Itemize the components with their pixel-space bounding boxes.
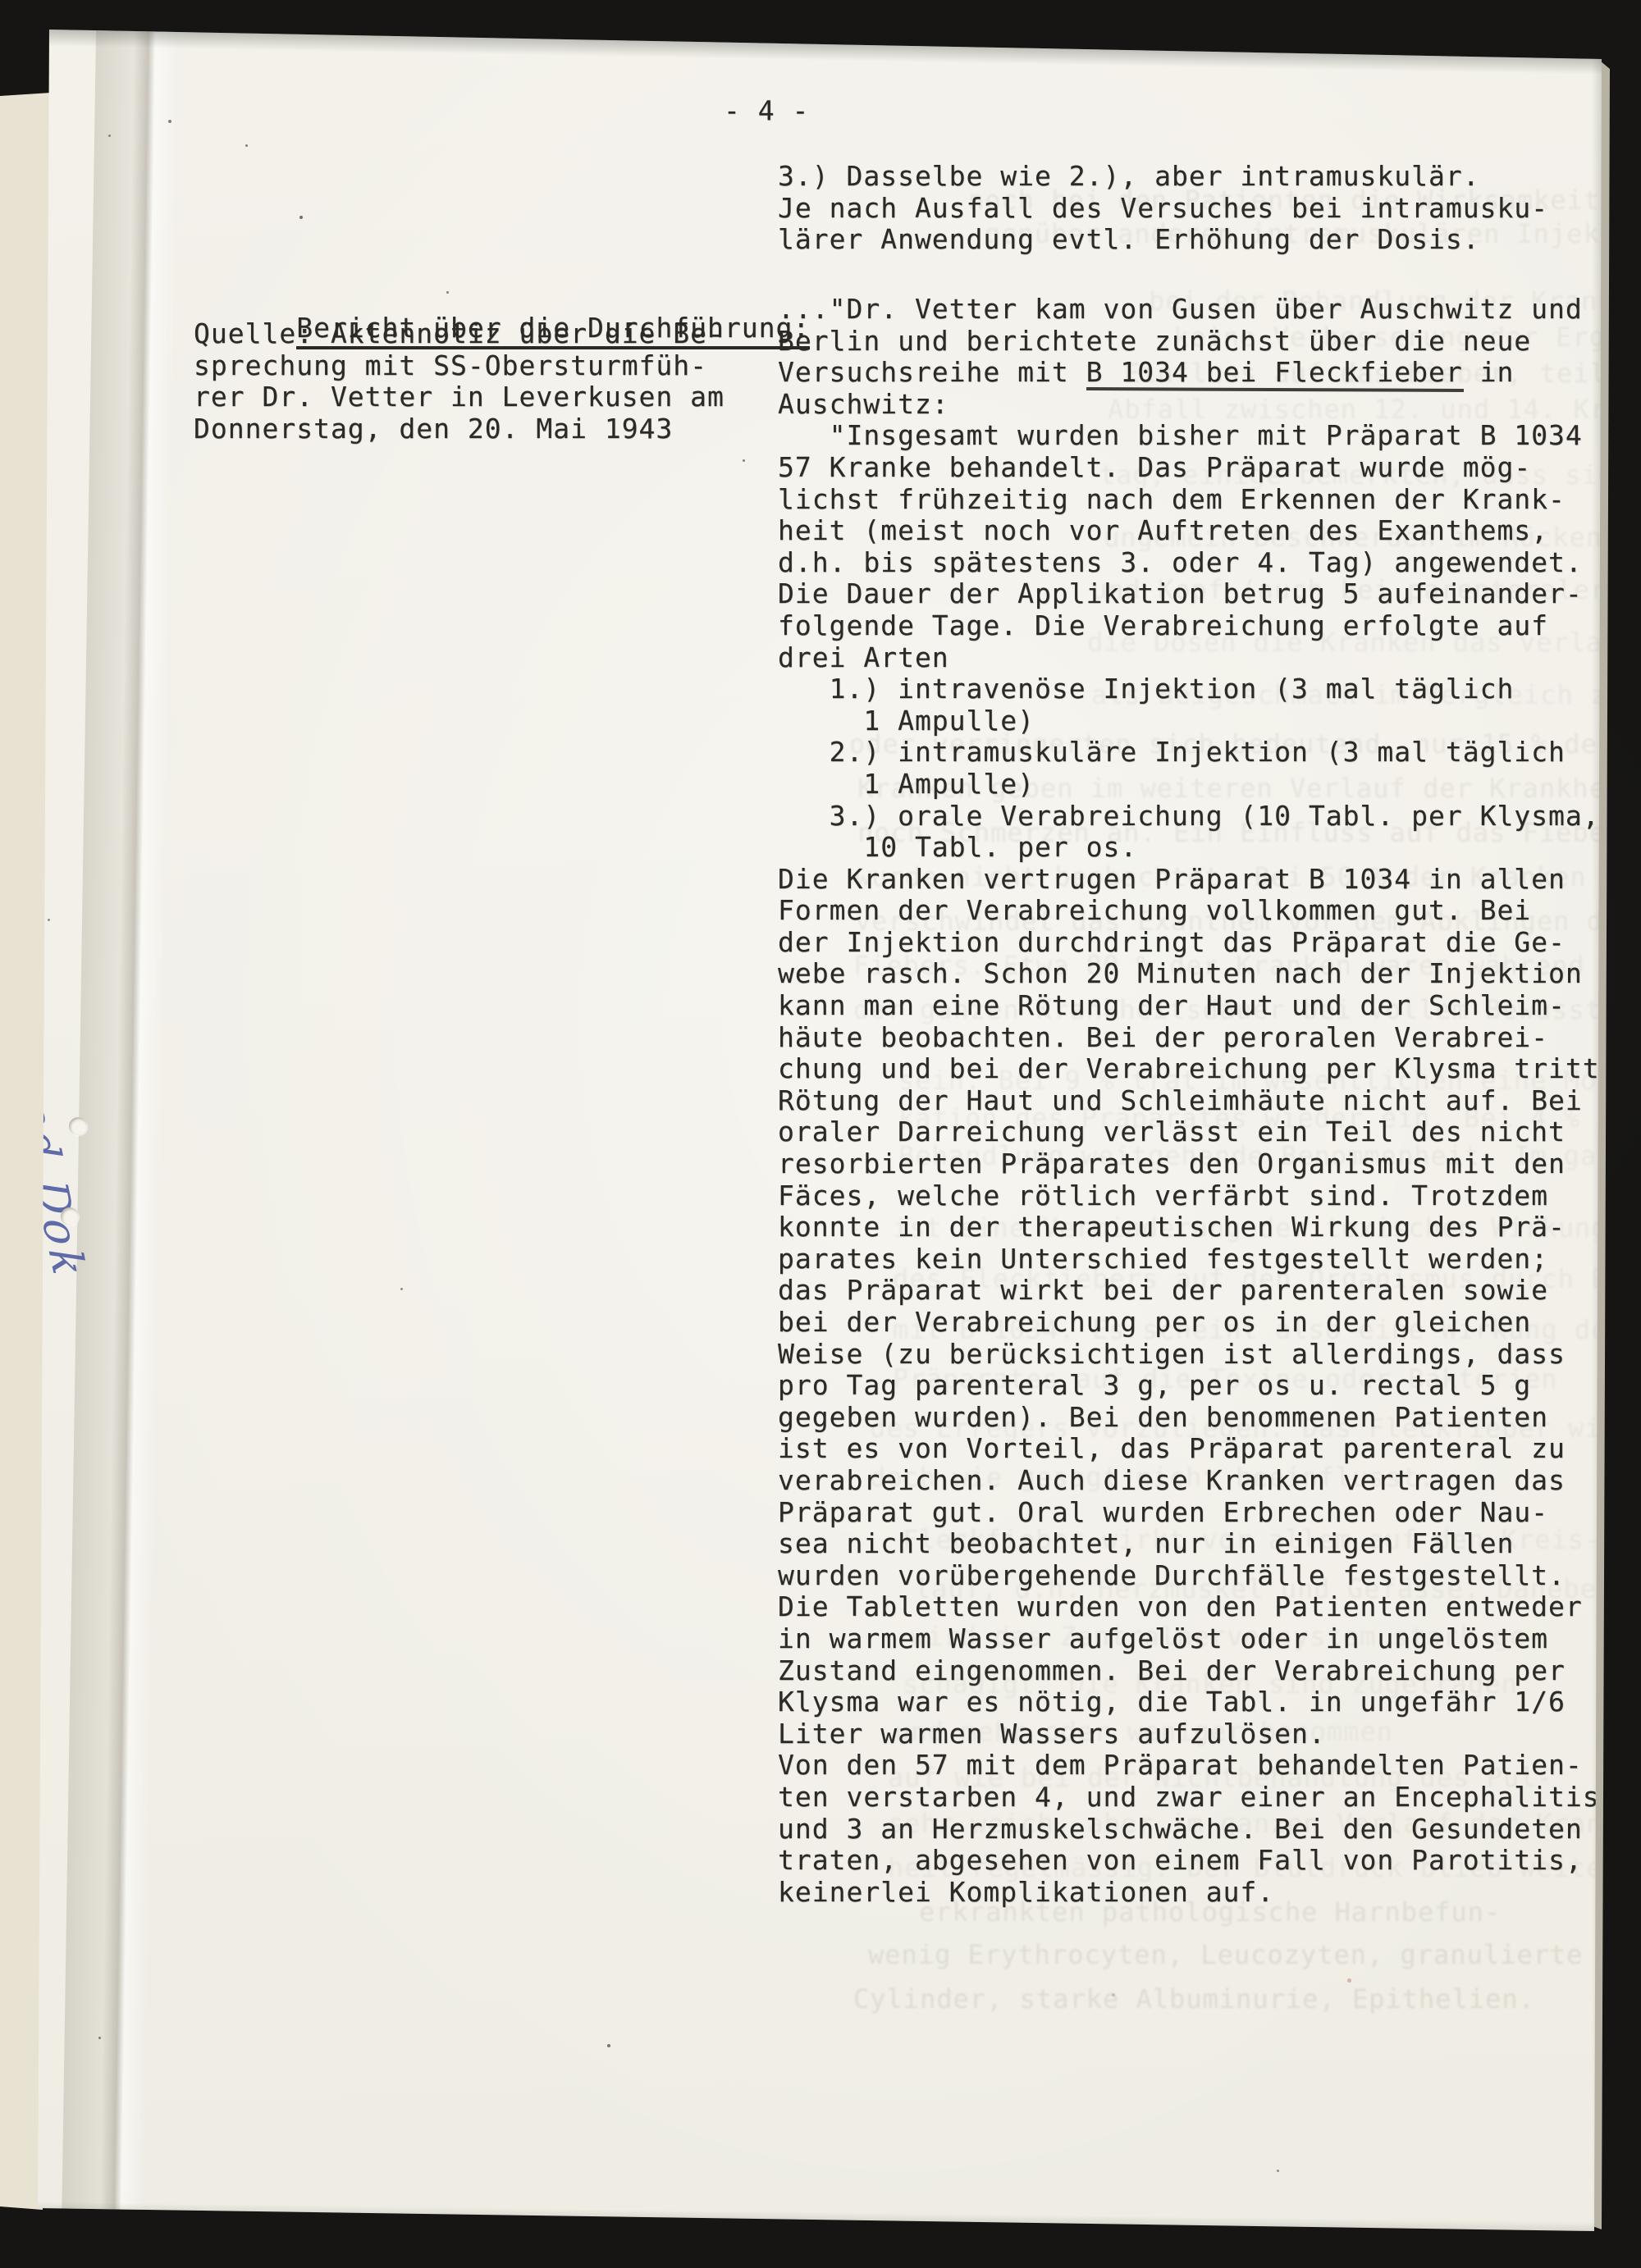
main-body-text: ..."Dr. Vetter kam von Gusen über Auschw… [778,294,1600,1908]
paper-speck [743,459,745,462]
ghost-text-line: Cylinder, starke Albuminurie, Epithelien… [853,1983,1535,2015]
paper-speck [299,216,303,219]
paper-speck [245,144,248,147]
paper-speck [168,120,171,123]
scan-background: noch bei den Patienten die Wirksamkeit g… [0,0,1641,2268]
ghost-text-line: wenig Erythrocyten, Leucozyten, granulie… [868,1939,1583,1970]
paper-speck [1347,1978,1351,1983]
paper-hole [61,1207,79,1225]
paper-speck [98,2037,101,2039]
top-paragraph: 3.) Dasselbe wie 2.), aber intramuskulär… [778,161,1548,256]
scanned-document-photo: { "document": { "page_number": "- 4 -", … [0,0,1641,2268]
paper-speck [48,919,50,921]
left-column-source-note: Quelle: Aktennotiz über die Be- sprechun… [194,318,725,445]
paper-speck [1112,1993,1115,1996]
paper-speck [607,2044,610,2047]
paper-speck [400,1288,403,1290]
paper-speck [108,135,111,137]
paper-speck [1277,2170,1279,2172]
paper-speck [446,291,449,294]
page-number: - 4 - [724,95,809,127]
paper-hole [69,1117,87,1135]
document-page: noch bei den Patienten die Wirksamkeit g… [0,0,1641,2268]
